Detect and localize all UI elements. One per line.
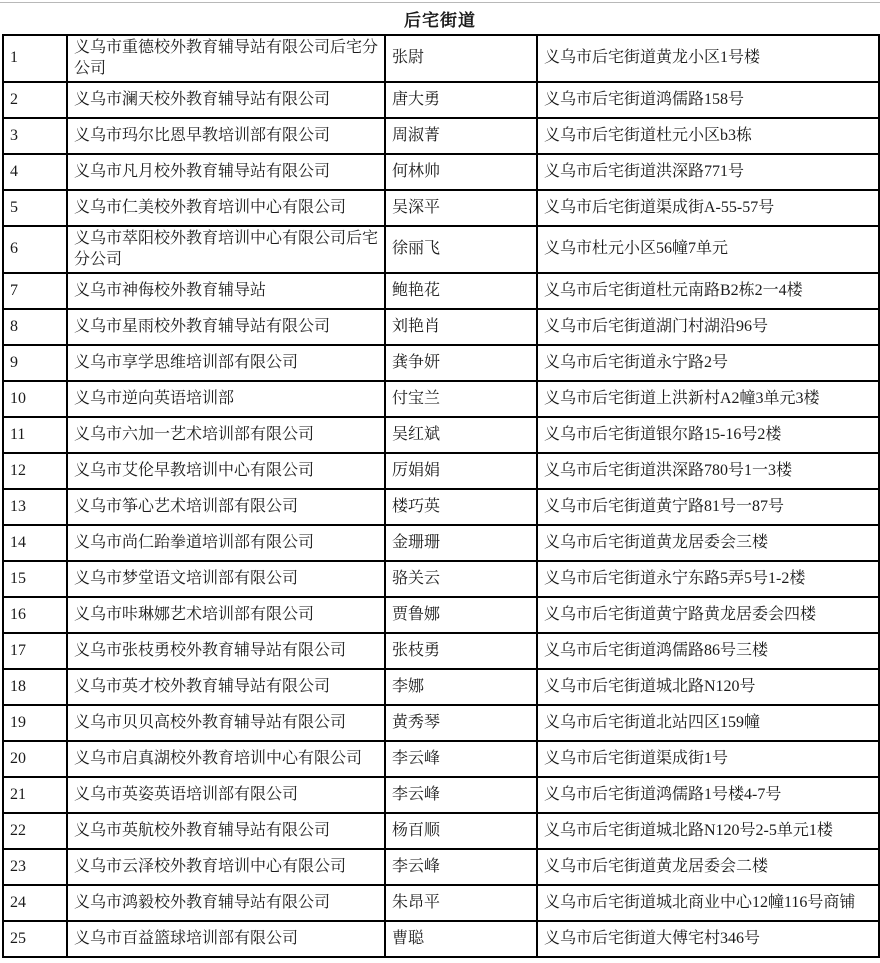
company-name: 义乌市重德校外教育辅导站有限公司后宅分公司 — [67, 35, 385, 82]
company-name: 义乌市百益篮球培训部有限公司 — [67, 921, 385, 957]
address: 义乌市后宅街道黄龙居委会三楼 — [537, 525, 879, 561]
contact-name: 金珊珊 — [385, 525, 537, 561]
company-name: 义乌市筝心艺术培训部有限公司 — [67, 489, 385, 525]
contact-name: 吴深平 — [385, 190, 537, 226]
contact-name: 骆关云 — [385, 561, 537, 597]
contact-name: 朱昂平 — [385, 885, 537, 921]
contact-name: 李娜 — [385, 669, 537, 705]
contact-name: 李云峰 — [385, 849, 537, 885]
table-row: 8义乌市星雨校外教育辅导站有限公司刘艳肖义乌市后宅街道湖门村湖沿96号 — [3, 309, 879, 345]
address: 义乌市后宅街道黄龙居委会二楼 — [537, 849, 879, 885]
table-row: 9义乌市享学思维培训部有限公司龚争妍义乌市后宅街道永宁路2号 — [3, 345, 879, 381]
address: 义乌市后宅街道城北商业中心12幢116号商铺 — [537, 885, 879, 921]
row-number: 12 — [3, 453, 67, 489]
contact-name: 李云峰 — [385, 741, 537, 777]
company-name: 义乌市玛尔比恩早教培训部有限公司 — [67, 118, 385, 154]
row-number: 15 — [3, 561, 67, 597]
company-name: 义乌市鸿毅校外教育辅导站有限公司 — [67, 885, 385, 921]
table-row: 14义乌市尚仁跆拳道培训部有限公司金珊珊义乌市后宅街道黄龙居委会三楼 — [3, 525, 879, 561]
address: 义乌市后宅街道黄宁路黄龙居委会四楼 — [537, 597, 879, 633]
table-row: 23义乌市云泽校外教育培训中心有限公司李云峰义乌市后宅街道黄龙居委会二楼 — [3, 849, 879, 885]
address: 义乌市后宅街道鸿儒路1号楼4-7号 — [537, 777, 879, 813]
company-name: 义乌市六加一艺术培训部有限公司 — [67, 417, 385, 453]
table-row: 17义乌市张枝勇校外教育辅导站有限公司张枝勇义乌市后宅街道鸿儒路86号三楼 — [3, 633, 879, 669]
row-number: 14 — [3, 525, 67, 561]
table-row: 12义乌市艾伦早教培训中心有限公司厉娟娟义乌市后宅街道洪深路780号1一3楼 — [3, 453, 879, 489]
row-number: 20 — [3, 741, 67, 777]
address: 义乌市后宅街道大傅宅村346号 — [537, 921, 879, 957]
contact-name: 杨百顺 — [385, 813, 537, 849]
row-number: 9 — [3, 345, 67, 381]
contact-name: 吴红斌 — [385, 417, 537, 453]
company-name: 义乌市凡月校外教育辅导站有限公司 — [67, 154, 385, 190]
address: 义乌市后宅街道永宁东路5弄5号1-2楼 — [537, 561, 879, 597]
contact-name: 鲍艳花 — [385, 273, 537, 309]
company-name: 义乌市萃阳校外教育培训中心有限公司后宅分公司 — [67, 226, 385, 273]
table-row: 21义乌市英姿英语培训部有限公司李云峰义乌市后宅街道鸿儒路1号楼4-7号 — [3, 777, 879, 813]
table-row: 2义乌市澜天校外教育辅导站有限公司唐大勇义乌市后宅街道鸿儒路158号 — [3, 82, 879, 118]
address: 义乌市后宅街道渠成街A-55-57号 — [537, 190, 879, 226]
table-row: 1义乌市重德校外教育辅导站有限公司后宅分公司张尉义乌市后宅街道黄龙小区1号楼 — [3, 35, 879, 82]
address: 义乌市后宅街道永宁路2号 — [537, 345, 879, 381]
row-number: 2 — [3, 82, 67, 118]
page: 后宅街道 1义乌市重德校外教育辅导站有限公司后宅分公司张尉义乌市后宅街道黄龙小区… — [0, 0, 880, 963]
address: 义乌市后宅街道上洪新村A2幢3单元3楼 — [537, 381, 879, 417]
table-row: 13义乌市筝心艺术培训部有限公司楼巧英义乌市后宅街道黄宁路81号一87号 — [3, 489, 879, 525]
company-name: 义乌市启真湖校外教育培训中心有限公司 — [67, 741, 385, 777]
company-name: 义乌市咔琳娜艺术培训部有限公司 — [67, 597, 385, 633]
address: 义乌市后宅街道黄宁路81号一87号 — [537, 489, 879, 525]
address: 义乌市后宅街道渠成街1号 — [537, 741, 879, 777]
table-row: 5义乌市仁美校外教育培训中心有限公司吴深平义乌市后宅街道渠成街A-55-57号 — [3, 190, 879, 226]
contact-name: 唐大勇 — [385, 82, 537, 118]
row-number: 16 — [3, 597, 67, 633]
row-number: 25 — [3, 921, 67, 957]
row-number: 5 — [3, 190, 67, 226]
contact-name: 李云峰 — [385, 777, 537, 813]
company-name: 义乌市英航校外教育辅导站有限公司 — [67, 813, 385, 849]
address: 义乌市后宅街道城北路N120号2-5单元1楼 — [537, 813, 879, 849]
table-row: 16义乌市咔琳娜艺术培训部有限公司贾鲁娜义乌市后宅街道黄宁路黄龙居委会四楼 — [3, 597, 879, 633]
contact-name: 张枝勇 — [385, 633, 537, 669]
row-number: 6 — [3, 226, 67, 273]
row-number: 21 — [3, 777, 67, 813]
contact-name: 何林帅 — [385, 154, 537, 190]
table-row: 18义乌市英才校外教育辅导站有限公司李娜义乌市后宅街道城北路N120号 — [3, 669, 879, 705]
contact-name: 黄秀琴 — [385, 705, 537, 741]
table-body: 1义乌市重德校外教育辅导站有限公司后宅分公司张尉义乌市后宅街道黄龙小区1号楼2义… — [3, 35, 879, 957]
contact-name: 厉娟娟 — [385, 453, 537, 489]
address: 义乌市后宅街道杜元小区b3栋 — [537, 118, 879, 154]
contact-name: 曹聪 — [385, 921, 537, 957]
row-number: 18 — [3, 669, 67, 705]
row-number: 17 — [3, 633, 67, 669]
company-name: 义乌市仁美校外教育培训中心有限公司 — [67, 190, 385, 226]
address: 义乌市后宅街道洪深路771号 — [537, 154, 879, 190]
address: 义乌市后宅街道洪深路780号1一3楼 — [537, 453, 879, 489]
address: 义乌市后宅街道城北路N120号 — [537, 669, 879, 705]
company-name: 义乌市英才校外教育辅导站有限公司 — [67, 669, 385, 705]
row-number: 19 — [3, 705, 67, 741]
row-number: 23 — [3, 849, 67, 885]
table-row: 3义乌市玛尔比恩早教培训部有限公司周淑菁义乌市后宅街道杜元小区b3栋 — [3, 118, 879, 154]
row-number: 4 — [3, 154, 67, 190]
contact-name: 张尉 — [385, 35, 537, 82]
address: 义乌市杜元小区56幢7单元 — [537, 226, 879, 273]
row-number: 10 — [3, 381, 67, 417]
table-row: 6义乌市萃阳校外教育培训中心有限公司后宅分公司徐丽飞义乌市杜元小区56幢7单元 — [3, 226, 879, 273]
company-name: 义乌市张枝勇校外教育辅导站有限公司 — [67, 633, 385, 669]
table-row: 25义乌市百益篮球培训部有限公司曹聪义乌市后宅街道大傅宅村346号 — [3, 921, 879, 957]
address: 义乌市后宅街道鸿儒路86号三楼 — [537, 633, 879, 669]
company-name: 义乌市星雨校外教育辅导站有限公司 — [67, 309, 385, 345]
table-row: 15义乌市梦堂语文培训部有限公司骆关云义乌市后宅街道永宁东路5弄5号1-2楼 — [3, 561, 879, 597]
address: 义乌市后宅街道黄龙小区1号楼 — [537, 35, 879, 82]
company-name: 义乌市云泽校外教育培训中心有限公司 — [67, 849, 385, 885]
contact-name: 龚争妍 — [385, 345, 537, 381]
contact-name: 刘艳肖 — [385, 309, 537, 345]
company-name: 义乌市贝贝高校外教育辅导站有限公司 — [67, 705, 385, 741]
contact-name: 付宝兰 — [385, 381, 537, 417]
table-row: 20义乌市启真湖校外教育培训中心有限公司李云峰义乌市后宅街道渠成街1号 — [3, 741, 879, 777]
contact-name: 周淑菁 — [385, 118, 537, 154]
row-number: 1 — [3, 35, 67, 82]
company-name: 义乌市澜天校外教育辅导站有限公司 — [67, 82, 385, 118]
row-number: 8 — [3, 309, 67, 345]
table-row: 22义乌市英航校外教育辅导站有限公司杨百顺义乌市后宅街道城北路N120号2-5单… — [3, 813, 879, 849]
row-number: 7 — [3, 273, 67, 309]
address: 义乌市后宅街道湖门村湖沿96号 — [537, 309, 879, 345]
table-row: 19义乌市贝贝高校外教育辅导站有限公司黄秀琴义乌市后宅街道北站四区159幢 — [3, 705, 879, 741]
table-row: 7义乌市神侮校外教育辅导站鲍艳花义乌市后宅街道杜元南路B2栋2一4楼 — [3, 273, 879, 309]
company-name: 义乌市神侮校外教育辅导站 — [67, 273, 385, 309]
address: 义乌市后宅街道杜元南路B2栋2一4楼 — [537, 273, 879, 309]
row-number: 22 — [3, 813, 67, 849]
contact-name: 贾鲁娜 — [385, 597, 537, 633]
company-name: 义乌市艾伦早教培训中心有限公司 — [67, 453, 385, 489]
contact-name: 徐丽飞 — [385, 226, 537, 273]
page-title: 后宅街道 — [0, 2, 880, 34]
company-name: 义乌市梦堂语文培训部有限公司 — [67, 561, 385, 597]
company-name: 义乌市尚仁跆拳道培训部有限公司 — [67, 525, 385, 561]
contact-name: 楼巧英 — [385, 489, 537, 525]
table-row: 24义乌市鸿毅校外教育辅导站有限公司朱昂平义乌市后宅街道城北商业中心12幢116… — [3, 885, 879, 921]
table-row: 11义乌市六加一艺术培训部有限公司吴红斌义乌市后宅街道银尔路15-16号2楼 — [3, 417, 879, 453]
row-number: 3 — [3, 118, 67, 154]
row-number: 24 — [3, 885, 67, 921]
address: 义乌市后宅街道鸿儒路158号 — [537, 82, 879, 118]
table-row: 10义乌市逆向英语培训部付宝兰义乌市后宅街道上洪新村A2幢3单元3楼 — [3, 381, 879, 417]
address: 义乌市后宅街道银尔路15-16号2楼 — [537, 417, 879, 453]
institutions-table: 1义乌市重德校外教育辅导站有限公司后宅分公司张尉义乌市后宅街道黄龙小区1号楼2义… — [2, 34, 880, 958]
table-row: 4义乌市凡月校外教育辅导站有限公司何林帅义乌市后宅街道洪深路771号 — [3, 154, 879, 190]
row-number: 13 — [3, 489, 67, 525]
address: 义乌市后宅街道北站四区159幢 — [537, 705, 879, 741]
row-number: 11 — [3, 417, 67, 453]
company-name: 义乌市享学思维培训部有限公司 — [67, 345, 385, 381]
company-name: 义乌市逆向英语培训部 — [67, 381, 385, 417]
company-name: 义乌市英姿英语培训部有限公司 — [67, 777, 385, 813]
